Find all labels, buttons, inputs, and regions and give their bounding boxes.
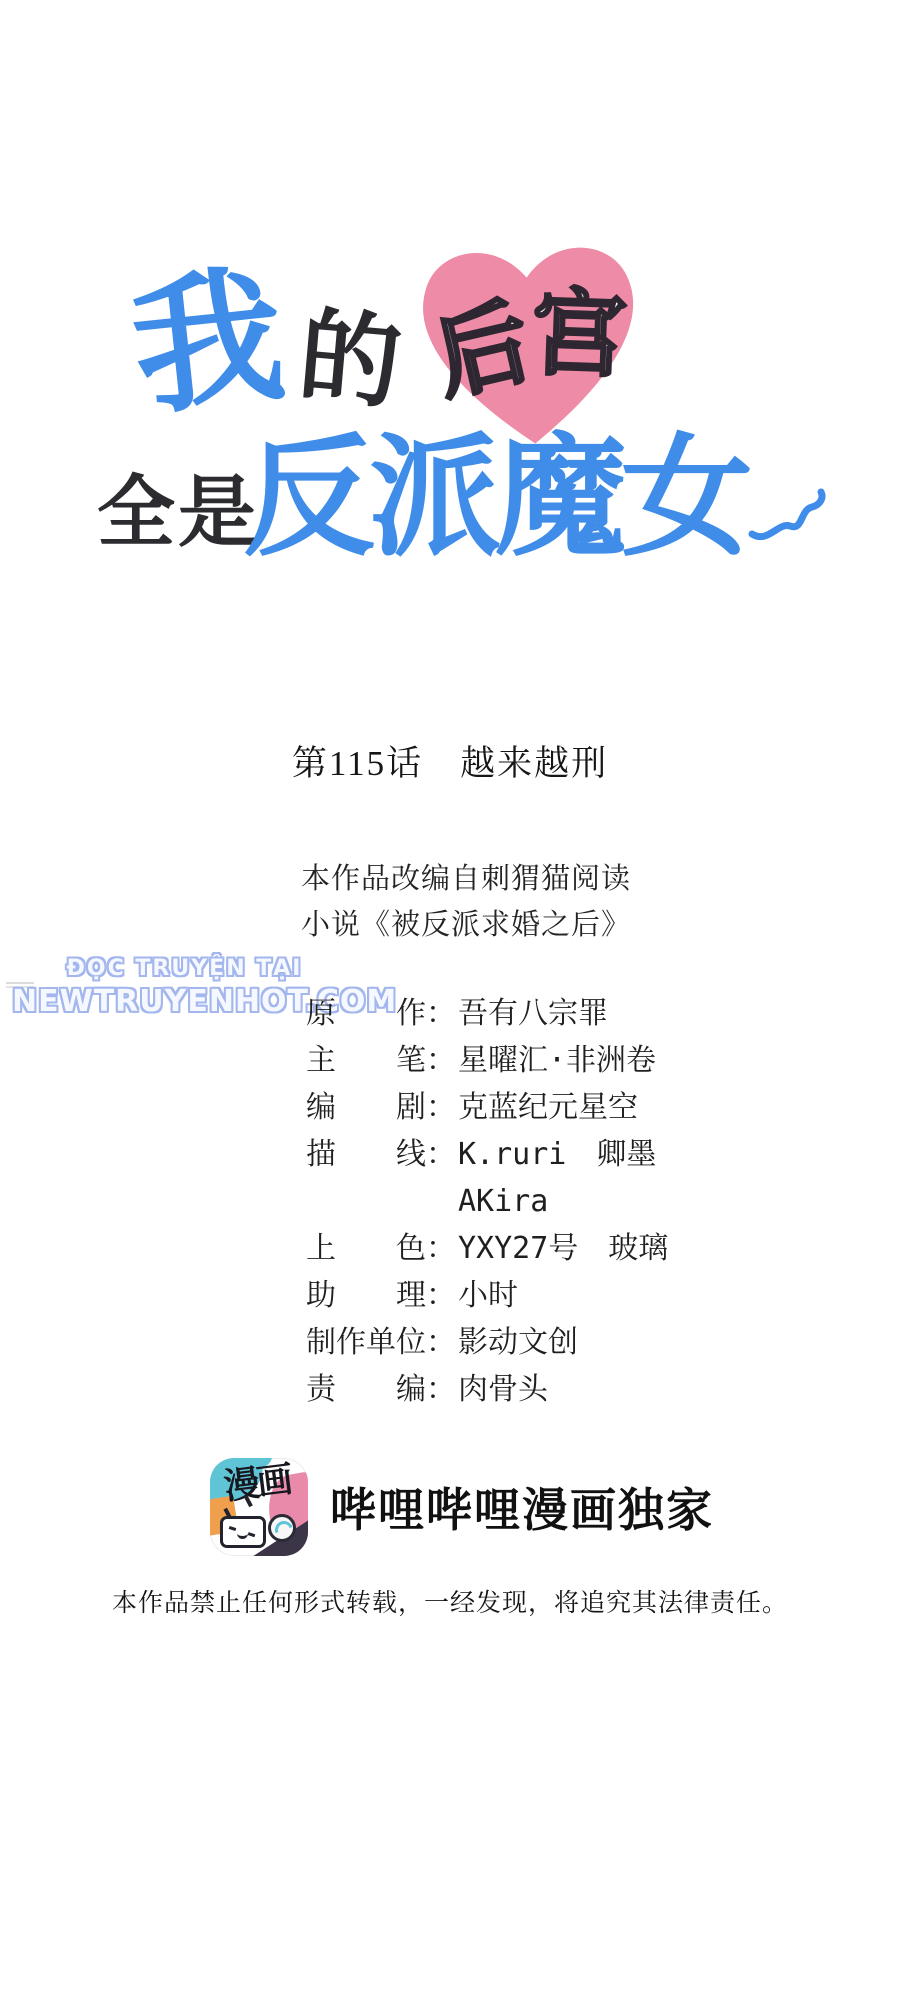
- icon-tv-face: [220, 1516, 266, 1548]
- icon-manga-label: 漫画: [222, 1460, 292, 1507]
- credit-row-lead-artist: 主 笔：星曜汇·非洲卷: [306, 1037, 668, 1084]
- watermark-line1: ĐỌC TRUYỆN TẠI: [12, 956, 357, 981]
- credit-label: 编 剧：: [306, 1084, 458, 1131]
- bilibili-manga-app-icon: 漫画: [210, 1458, 308, 1556]
- credit-label: 责 编：: [306, 1366, 458, 1413]
- credit-label: 原 作：: [306, 990, 458, 1037]
- squiggle-tail-icon: [748, 488, 830, 554]
- adaptation-note-line2: 小说《被反派求婚之后》: [301, 902, 631, 948]
- credit-value: 小时: [458, 1272, 518, 1319]
- credit-label: 制作单位：: [306, 1319, 458, 1366]
- adaptation-note-line1: 本作品改编自刺猬猫阅读: [301, 856, 631, 902]
- credit-value: 吾有八宗罪: [458, 990, 608, 1037]
- credit-label: 描 线：: [306, 1131, 458, 1178]
- credit-label: 主 笔：: [306, 1037, 458, 1084]
- credit-row-screenwriter: 编 剧：克蓝纪元星空: [306, 1084, 668, 1131]
- adaptation-note: 本作品改编自刺猬猫阅读 小说《被反派求婚之后》: [301, 856, 631, 948]
- credit-value: 影动文创: [458, 1319, 578, 1366]
- credit-row-assistant: 助 理：小时: [306, 1272, 668, 1319]
- credit-label: 上 色：: [306, 1225, 458, 1272]
- credit-row-line-art-cont: AKira: [306, 1178, 668, 1225]
- manga-title-page: 我 的 后 宫 全是 反派魔女 第115话 越来越刑 本作品改编自刺猬猫阅读 小…: [0, 0, 900, 2000]
- credit-row-coloring: 上 色：YXY27号 玻璃: [306, 1225, 668, 1272]
- credit-label: 助 理：: [306, 1272, 458, 1319]
- credit-label: [306, 1178, 458, 1225]
- credits-list: 原 作：吾有八宗罪 主 笔：星曜汇·非洲卷 编 剧：克蓝纪元星空 描 线：K.r…: [306, 990, 668, 1413]
- title-char-wo: 我: [126, 261, 291, 426]
- exclusive-publisher-text: 哔哩哔哩漫画独家: [330, 1474, 714, 1540]
- title-prefix-quanshi: 全是: [97, 474, 259, 552]
- heart-char-hou: 后: [426, 295, 539, 408]
- credit-row-line-art: 描 线：K.ruri 卿墨: [306, 1131, 668, 1178]
- credit-value: K.ruri 卿墨: [458, 1131, 656, 1178]
- credit-value: AKira: [458, 1178, 548, 1225]
- heart-char-gong: 宫: [530, 287, 627, 384]
- title-char-de: 的: [295, 306, 406, 417]
- credit-row-production-unit: 制作单位：影动文创: [306, 1319, 668, 1366]
- credit-value: 克蓝纪元星空: [458, 1084, 638, 1131]
- credit-value: YXY27号 玻璃: [458, 1225, 668, 1272]
- credit-row-editor: 责 编：肉骨头: [306, 1366, 668, 1413]
- credit-value: 肉骨头: [458, 1366, 548, 1413]
- chapter-title: 第115话 越来越刑: [0, 736, 900, 786]
- credit-row-original-author: 原 作：吾有八宗罪: [306, 990, 668, 1037]
- icon-ball: [268, 1514, 296, 1542]
- credit-value: 星曜汇·非洲卷: [458, 1037, 656, 1084]
- title-main-fanpai-monv: 反派魔女: [243, 432, 747, 564]
- copyright-disclaimer: 本作品禁止任何形式转载，一经发现，将追究其法律责任。: [0, 1583, 900, 1619]
- publisher-row: 漫画 哔哩哔哩漫画独家: [210, 1458, 714, 1556]
